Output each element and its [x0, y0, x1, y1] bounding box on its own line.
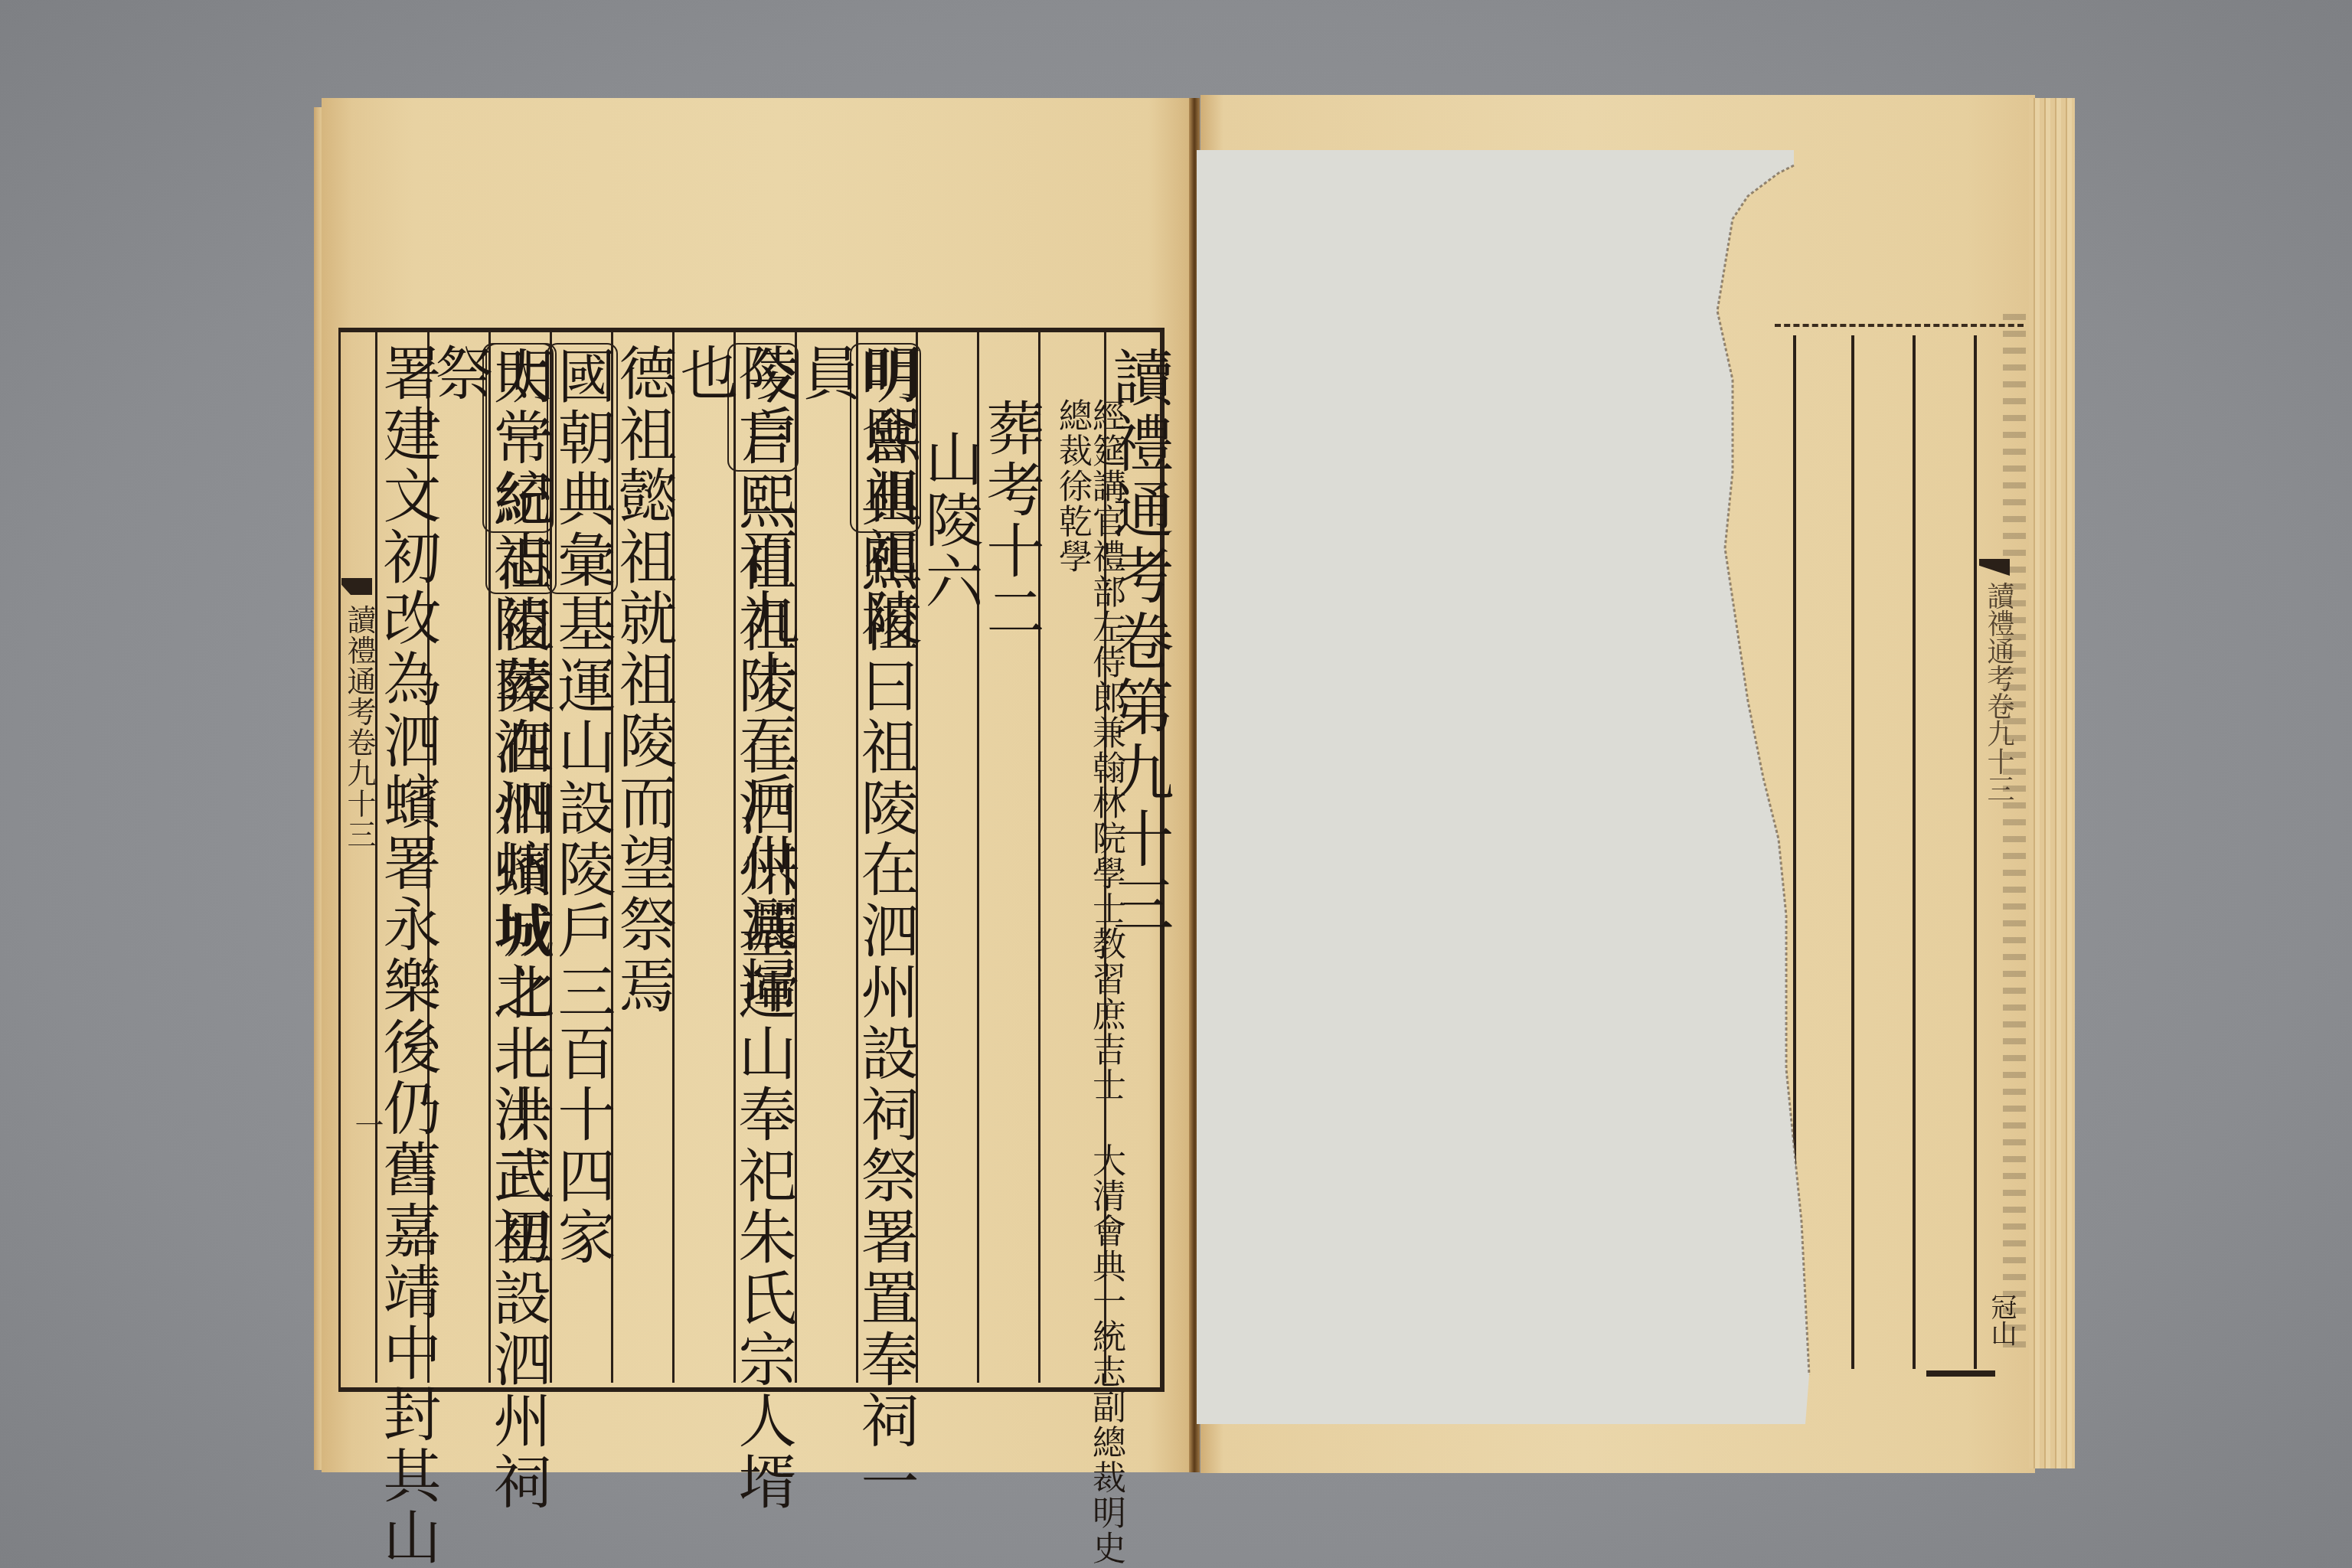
right-page-stack-edge — [2029, 98, 2075, 1468]
center-strip-title: 讀禮通考卷九十三 — [345, 605, 374, 850]
text-column: 今言熙祖祖陵在泗州基運山奉祀朱氏宗人壻也 — [675, 343, 792, 1568]
text-column: 德祖懿祖就祖陵而望祭焉 — [614, 343, 672, 1017]
repair-paper — [1197, 150, 1932, 1424]
right-center-strip-title: 讀禮通考卷九十三 — [1984, 582, 2012, 802]
text-column: 國朝典彙基運山設陵戶三百十四家 — [553, 343, 611, 1268]
page-number: 一 — [346, 1110, 388, 1139]
right-print-frame-bottom — [1926, 1370, 1995, 1377]
right-center-strip-bottom-mark: 冠山 — [1983, 1294, 2020, 1346]
ink-bleed-through — [2003, 314, 2026, 1347]
author-line: 經筵講官禮部左侍郎兼翰林院學士教習庶吉士 大清會典一統志副總裁明史總裁徐乾學 — [1055, 398, 1122, 1568]
column-rule — [1974, 335, 1977, 1369]
text-column: 署建文初改為泗蠙署永樂後仍舊嘉靖中封其山 — [378, 343, 436, 1568]
text-column: 太常紀祖陵葬泗州蠙城之北洪武初設泗州祠祭 — [430, 343, 547, 1568]
subsection-heading: 山陵六 — [920, 429, 978, 612]
text-column: 明會典熙祖曰祖陵在泗州設祠祭署置奉祠一員 — [798, 343, 914, 1568]
section-heading: 葬考十二 — [982, 398, 1040, 643]
source-citation: 國朝典彙 — [547, 343, 618, 594]
